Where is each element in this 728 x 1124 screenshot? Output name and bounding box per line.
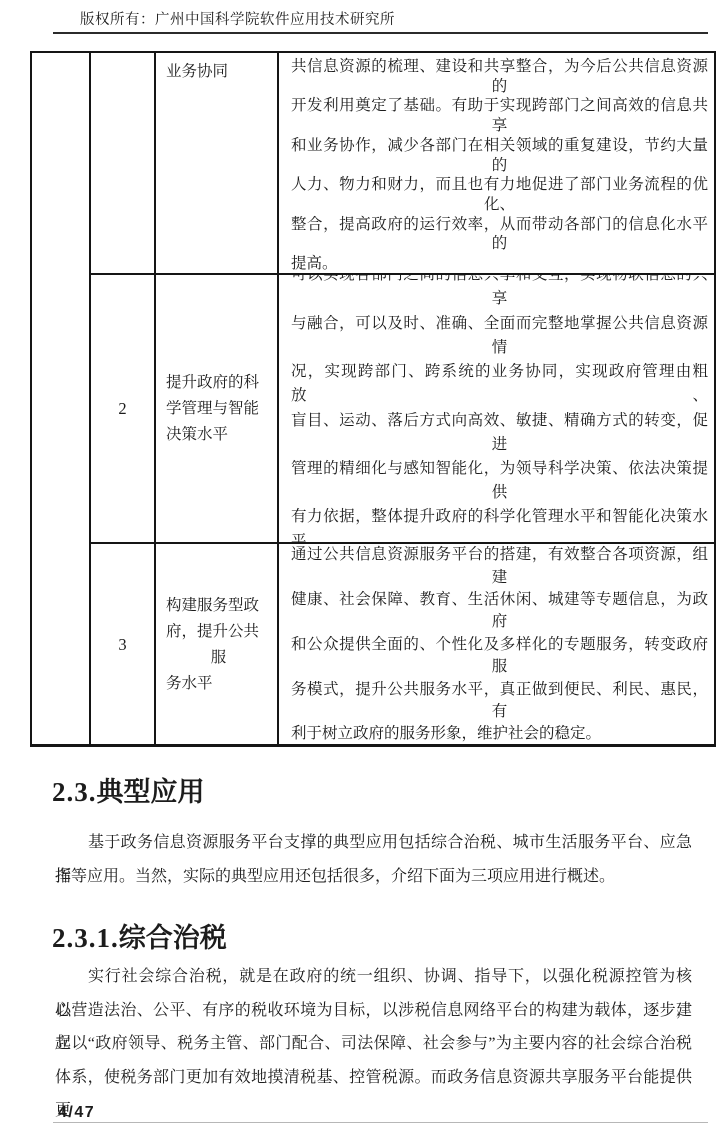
- text-line: 业务协同: [166, 59, 271, 85]
- text-line: 决策水平: [166, 422, 271, 448]
- text-line: 情: [291, 336, 708, 360]
- text-line: 和业务协作，减少各部门在相关领域的重复建设，节约大量: [291, 136, 708, 156]
- text-line: 通过公共信息资源服务平台的搭建，有效整合各项资源，组: [291, 544, 708, 566]
- text-line: 平。: [291, 530, 708, 542]
- section-title: 典型应用: [97, 777, 205, 807]
- paragraph-line: 基于政务信息资源服务平台支撑的典型应用包括综合治税、城市生活服务平台、应急指: [55, 826, 692, 860]
- text-line: 享: [291, 287, 708, 311]
- text-line: 构建服务型政: [166, 593, 271, 619]
- text-line: 府，提升公共: [166, 619, 271, 645]
- text-line: 有力依据，整体提升政府的科学化管理水平和智能化决策水: [291, 505, 708, 529]
- text-line: 利于树立政府的服务形象，维护社会的稳定。: [291, 723, 708, 745]
- text-line: 供: [291, 481, 708, 505]
- benefits-table: 业务协同 共信息资源的梳理、建设和共享整合，为今后公共信息资源的开发利用奠定了基…: [30, 51, 716, 747]
- row-3-number: 3: [91, 544, 154, 746]
- section-heading-2-3-1: 2.3.1.综合治税: [52, 916, 227, 955]
- text-line: 健康、社会保障、教育、生活休闲、城建等专题信息，为政: [291, 589, 708, 611]
- footer-rule: [53, 1122, 708, 1123]
- text-line: 共信息资源的梳理、建设和共享整合，为今后公共信息资源: [291, 57, 708, 77]
- text-line: 管理的精细化与感知智能化，为领导科学决策、依法决策提: [291, 457, 708, 481]
- text-line: 况，实现跨部门、跨系统的业务协同，实现政府管理由粗放、: [291, 360, 708, 408]
- text-line: 务模式，提升公共服务水平，真正做到便民、利民、惠民，: [291, 679, 708, 701]
- header-copyright: 版权所有：广州中国科学院软件应用技术研究所: [80, 8, 395, 29]
- paragraph-line: 挥等应用。当然，实际的典型应用还包括很多，介绍下面为三项应用进行概述。: [55, 860, 692, 894]
- text-line: 的: [291, 234, 708, 254]
- section-title: 综合治税: [119, 923, 227, 953]
- text-line: 务水平: [166, 671, 271, 697]
- section-number: 2.3.1.: [52, 923, 119, 953]
- text-line: 府: [291, 611, 708, 633]
- row-2-title: 提升政府的科学管理与智能决策水平: [156, 275, 277, 542]
- text-line: 提升政府的科: [166, 370, 271, 396]
- text-line: 有: [291, 701, 708, 723]
- row-3-title: 构建服务型政府，提升公共服务水平: [156, 544, 277, 746]
- text-line: 的: [291, 77, 708, 97]
- text-line: 享: [291, 116, 708, 136]
- row-1-description: 共信息资源的梳理、建设和共享整合，为今后公共信息资源的开发利用奠定了基础。有助于…: [279, 53, 718, 273]
- paragraph-line: 以营造法治、公平、有序的税收环境为目标，以涉税信息网络平台的构建为载体，逐步建立: [55, 994, 692, 1028]
- text-line: 提高。: [291, 254, 708, 273]
- paragraph-line: 体系，使税务部门更加有效地摸清税基、控管税源。而政务信息资源共享服务平台能提供更: [55, 1061, 692, 1095]
- text-line: 学管理与智能: [166, 396, 271, 422]
- text-line: 整合，提高政府的运行效率，从而带动各部门的信息化水平: [291, 215, 708, 235]
- section-2-3-paragraph: 基于政务信息资源服务平台支撑的典型应用包括综合治税、城市生活服务平台、应急指 挥…: [55, 826, 692, 893]
- text-line: 盲目、运动、落后方式向高效、敏捷、精确方式的转变，促: [291, 409, 708, 433]
- text-line: 建: [291, 567, 708, 589]
- row-2-number: 2: [91, 275, 154, 542]
- text-line: 人力、物力和财力，而且也有力地促进了部门业务流程的优: [291, 175, 708, 195]
- row-3-description: 通过公共信息资源服务平台的搭建，有效整合各项资源，组建健康、社会保障、教育、生活…: [279, 544, 718, 746]
- text-line: 和公众提供全面的、个性化及多样化的专题服务，转变政府: [291, 634, 708, 656]
- text-line: 化、: [291, 195, 708, 215]
- text-line: 开发利用奠定了基础。有助于实现跨部门之间高效的信息共: [291, 96, 708, 116]
- section-2-3-1-paragraph: 实行社会综合治税，就是在政府的统一组织、协调、指导下，以强化税源控管为核心， 以…: [55, 960, 692, 1094]
- row-1-title: 业务协同: [156, 53, 277, 273]
- text-line: 可以实现各部门之间的信息共享和交互，实现物联信息的共: [291, 275, 708, 287]
- section-number: 2.3.: [52, 777, 97, 807]
- section-heading-2-3: 2.3.典型应用: [52, 770, 205, 809]
- text-line: 服: [291, 656, 708, 678]
- text-line: 与融合，可以及时、准确、全面而完整地掌握公共信息资源: [291, 312, 708, 336]
- paragraph-line: 实行社会综合治税，就是在政府的统一组织、协调、指导下，以强化税源控管为核心，: [55, 960, 692, 994]
- document-page: 版权所有：广州中国科学院软件应用技术研究所 业务协同 共信息资源的梳理、建设和共…: [0, 0, 728, 1124]
- header-rule: [53, 32, 708, 34]
- text-line: 服: [166, 645, 271, 671]
- row-1-number: [91, 53, 154, 273]
- page-number: 4/47: [58, 1104, 95, 1122]
- row-2-description: 可以实现各部门之间的信息共享和交互，实现物联信息的共享与融合，可以及时、准确、全…: [279, 275, 718, 542]
- text-line: 进: [291, 433, 708, 457]
- paragraph-line: 起以“政府领导、税务主管、部门配合、司法保障、社会参与”为主要内容的社会综合治税: [55, 1027, 692, 1061]
- text-line: 的: [291, 156, 708, 176]
